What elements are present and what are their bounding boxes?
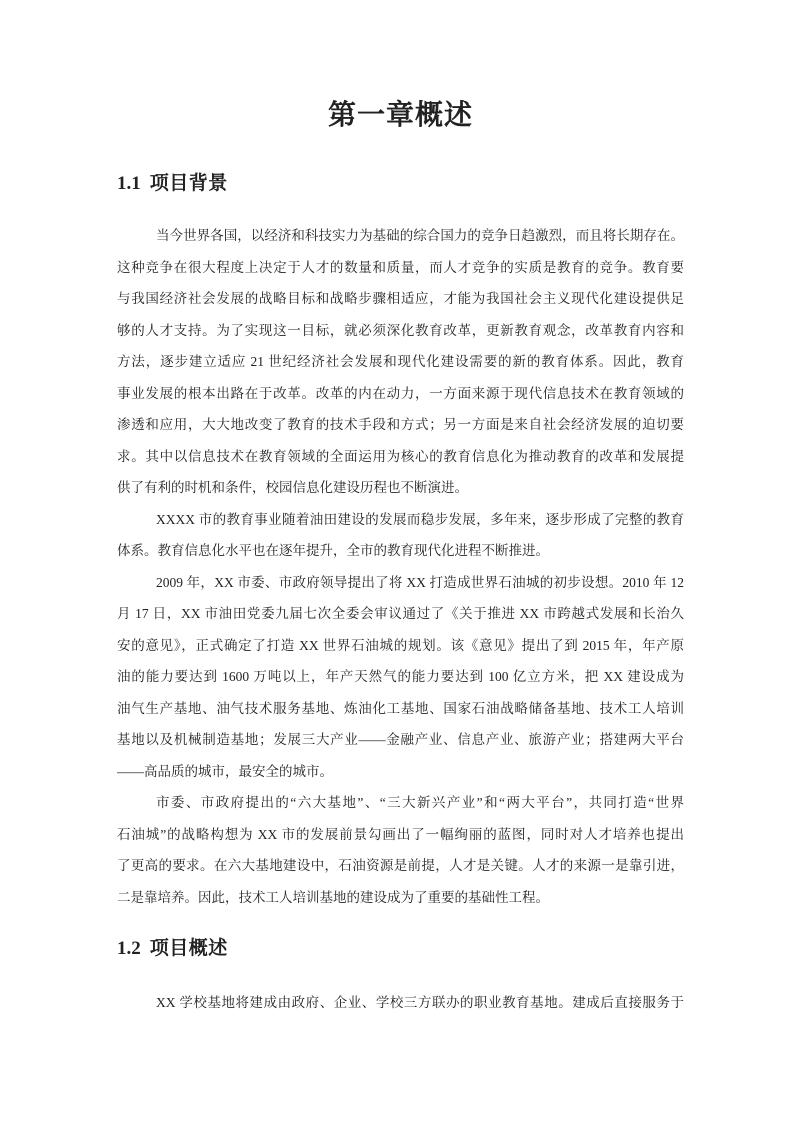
text-line: 这种竞争在很大程度上决定于人才的数量和质量，而人才竞争的实质是教育的竞争。教育要 <box>117 252 684 284</box>
section-heading-1-1: 1.1项目背景 <box>117 170 684 198</box>
text-line: 月 17 日，XX 市油田党委九届七次全委会审议通过了《关于推进 XX 市跨越式… <box>117 598 684 630</box>
text-line: 市委、市政府提出的“六大基地”、“三大新兴产业”和“两大平台”，共同打造“世界 <box>117 787 684 819</box>
section-number: 1.2 <box>117 938 141 959</box>
text-line: 2009 年，XX 市委、市政府领导提出了将 XX 打造成世界石油城的初步设想。… <box>117 567 684 599</box>
text-line: 体系。教育信息化水平也在逐年提升，全市的教育现代化进程不断推进。 <box>117 535 684 567</box>
text-line: 渗透和应用，大大地改变了教育的技术手段和方式；另一方面是来自社会经济发展的迫切要 <box>117 409 684 441</box>
section-title: 项目背景 <box>150 173 228 194</box>
section-number: 1.1 <box>117 173 141 194</box>
document-page: 第一章概述 1.1项目背景 当今世界各国，以经济和科技实力为基础的综合国力的竞争… <box>0 0 793 1122</box>
text-line: 油的能力要达到 1600 万吨以上，年产天然气的能力要达到 100 亿立方米，把… <box>117 661 684 693</box>
text-line: 二是靠培养。因此，技术工人培训基地的建设成为了重要的基础性工程。 <box>117 882 684 914</box>
text-column: 第一章概述 1.1项目背景 当今世界各国，以经济和科技实力为基础的综合国力的竞争… <box>0 96 793 1019</box>
text-line: 方法，逐步建立适应 21 世纪经济社会发展和现代化建设需要的新的教育体系。因此，… <box>117 346 684 378</box>
paragraph-project-overview-1: XX 学校基地将建成由政府、企业、学校三方联办的职业教育基地。建成后直接服务于 <box>117 987 684 1019</box>
text-line: 安的意见》，正式确定了打造 XX 世界石油城的规划。该《意见》提出了到 2015… <box>117 630 684 662</box>
text-line: 油气生产基地、油气技术服务基地、炼油化工基地、国家石油战略储备基地、技术工人培训 <box>117 693 684 725</box>
paragraph-project-background-1: 当今世界各国，以经济和科技实力为基础的综合国力的竞争日趋激烈，而且将长期存在。这… <box>117 220 684 504</box>
text-line: XX 学校基地将建成由政府、企业、学校三方联办的职业教育基地。建成后直接服务于 <box>117 987 684 1019</box>
paragraph-project-background-2: XXXX 市的教育事业随着油田建设的发展而稳步发展，多年来，逐步形成了完整的教育… <box>117 504 684 567</box>
text-line: XXXX 市的教育事业随着油田建设的发展而稳步发展，多年来，逐步形成了完整的教育 <box>117 504 684 536</box>
text-line: 求。其中以信息技术在教育领域的全面运用为核心的教育信息化为推动教育的改革和发展提 <box>117 441 684 473</box>
text-line: 当今世界各国，以经济和科技实力为基础的综合国力的竞争日趋激烈，而且将长期存在。 <box>117 220 684 252</box>
text-line: 与我国经济社会发展的战略目标和战略步骤相适应，才能为我国社会主义现代化建设提供足 <box>117 283 684 315</box>
text-line: 事业发展的根本出路在于改革。改革的内在动力，一方面来源于现代信息技术在教育领域的 <box>117 378 684 410</box>
text-line: 石油城”的战略构想为 XX 市的发展前景勾画出了一幅绚丽的蓝图，同时对人才培养也… <box>117 819 684 851</box>
text-line: ——高品质的城市，最安全的城市。 <box>117 756 684 788</box>
section-title: 项目概述 <box>150 938 228 959</box>
text-line: 基地以及机械制造基地；发展三大产业——金融产业、信息产业、旅游产业；搭建两大平台 <box>117 724 684 756</box>
paragraph-project-background-3: 2009 年，XX 市委、市政府领导提出了将 XX 打造成世界石油城的初步设想。… <box>117 567 684 788</box>
chapter-title: 第一章概述 <box>117 96 684 136</box>
text-line: 供了有利的时机和条件，校园信息化建设历程也不断演进。 <box>117 472 684 504</box>
text-line: 够的人才支持。为了实现这一目标，就必须深化教育改革，更新教育观念，改革教育内容和 <box>117 315 684 347</box>
section-heading-1-2: 1.2项目概述 <box>117 935 684 963</box>
text-line: 了更高的要求。在六大基地建设中，石油资源是前提，人才是关键。人才的来源一是靠引进… <box>117 850 684 882</box>
paragraph-project-background-4: 市委、市政府提出的“六大基地”、“三大新兴产业”和“两大平台”，共同打造“世界石… <box>117 787 684 913</box>
